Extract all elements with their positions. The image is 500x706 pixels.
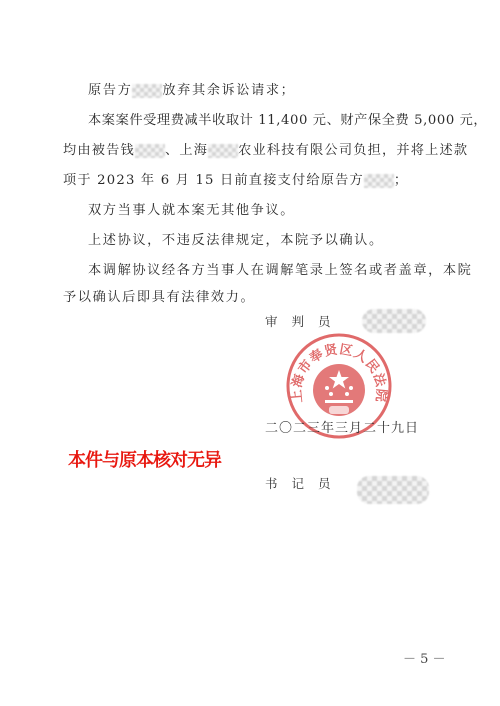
page-number: － 5 － <box>403 648 446 667</box>
clerk-signature-redacted <box>357 476 429 504</box>
paragraph-effectiveness: 本调解协议经各方当事人在调解笔录上签名或者盖章，本院 <box>88 262 466 280</box>
clerk-label: 书记员 <box>265 474 345 492</box>
judge-label: 审判员 <box>265 312 345 330</box>
certification-stamp: 本件与原本核对无异 <box>68 446 221 472</box>
judgment-date: 二〇二三年三月二十九日 <box>265 417 419 436</box>
paragraph-fees-cont: 均由被告钱、上海农业科技有限公司负担，并将上述款 <box>63 142 441 160</box>
paragraph-effectiveness-cont: 予以确认后即具有法律效力。 <box>63 289 441 307</box>
text: ； <box>394 173 408 188</box>
redacted-name <box>132 84 162 98</box>
redacted-name <box>135 144 165 158</box>
text: 放弃其余诉讼请求； <box>162 83 295 98</box>
redacted-name <box>364 174 394 188</box>
redacted-name <box>208 144 238 158</box>
paragraph-plaintiff-waiver: 原告方放弃其余诉讼请求； <box>88 82 466 100</box>
paragraph-no-dispute: 双方当事人就本案无其他争议。 <box>88 202 466 220</box>
text: 原告方 <box>88 83 132 98</box>
judge-signature-redacted <box>362 309 426 333</box>
paragraph-confirmation: 上述协议，不违反法律规定，本院予以确认。 <box>88 232 466 250</box>
text: 、上海 <box>165 143 208 158</box>
paragraph-fees: 本案案件受理费减半收取计 11,400 元、财产保全费 5,000 元， <box>88 112 466 130</box>
text: 项于 2023 年 6 月 15 日前直接支付给原告方 <box>63 173 364 188</box>
text: 农业科技有限公司负担，并将上述款 <box>238 143 468 158</box>
paragraph-payment-deadline: 项于 2023 年 6 月 15 日前直接支付给原告方； <box>63 172 441 190</box>
text: 均由被告钱 <box>63 143 135 158</box>
